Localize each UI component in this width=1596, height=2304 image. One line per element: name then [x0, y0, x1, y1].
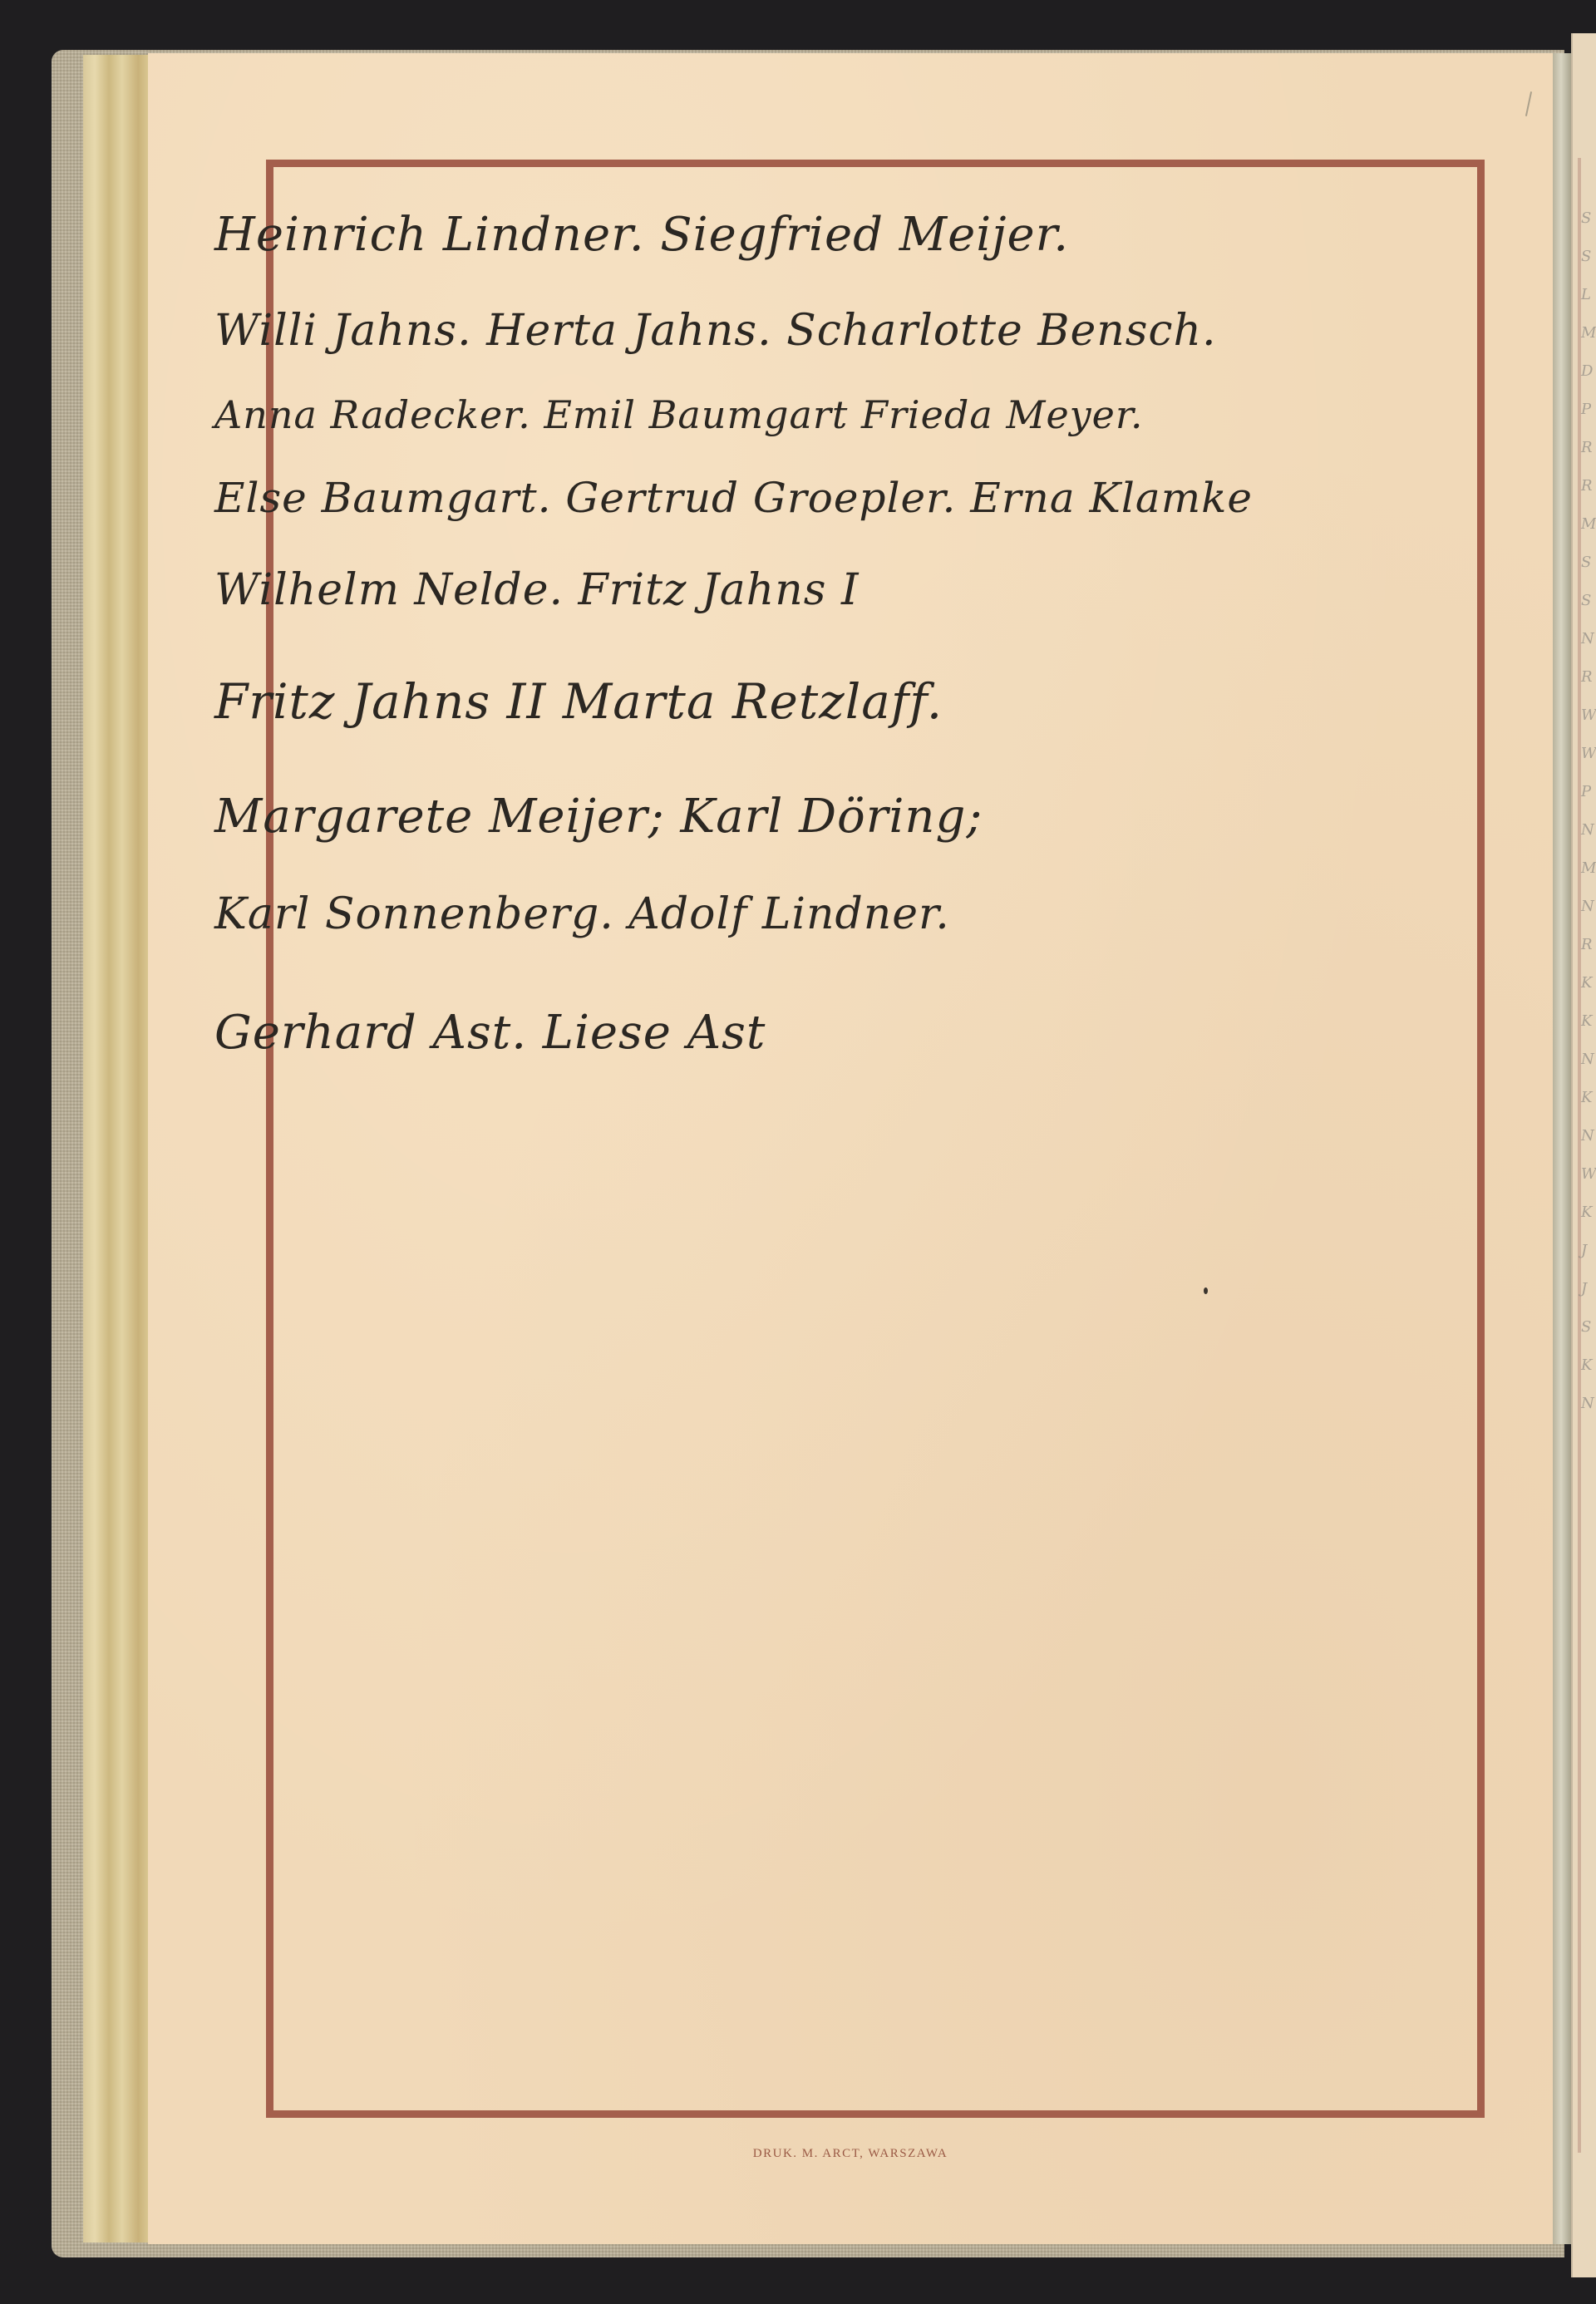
- signature-text: Wilhelm Nelde. Fritz Jahns I: [214, 565, 860, 615]
- signature-text: Gerhard Ast. Liese Ast: [214, 1006, 766, 1060]
- signature-text: Fritz Jahns II Marta Retzlaff.: [214, 673, 943, 730]
- signature-text: Heinrich Lindner. Siegfried Meijer.: [214, 208, 1069, 262]
- signature-text: Anna Radecker. Emil Baumgart Frieda Meye…: [214, 392, 1143, 437]
- ink-spot: [1204, 1287, 1208, 1294]
- printer-imprint: DRUK. M. ARCT, WARSZAWA: [148, 2147, 1553, 2161]
- document-page: DRUK. M. ARCT, WARSZAWA: [148, 53, 1553, 2244]
- signature-text: Karl Sonnenberg. Adolf Lindner.: [214, 889, 950, 939]
- decorative-frame-border: [266, 160, 1485, 2118]
- adjacent-page-edge: S S L M D P R R M S S N R W W P N M N R …: [1571, 33, 1596, 2277]
- signature-text: Willi Jahns. Herta Jahns. Scharlotte Ben…: [214, 306, 1217, 356]
- signature-text: Else Baumgart. Gertrud Groepler. Erna Kl…: [214, 474, 1253, 522]
- signature-text: Margarete Meijer; Karl Döring;: [214, 790, 983, 844]
- adjacent-page-partial-text: S S L M D P R R M S S N R W W P N M N R …: [1581, 199, 1596, 1423]
- page-edges: [83, 55, 148, 2242]
- book-gutter: [1553, 53, 1571, 2244]
